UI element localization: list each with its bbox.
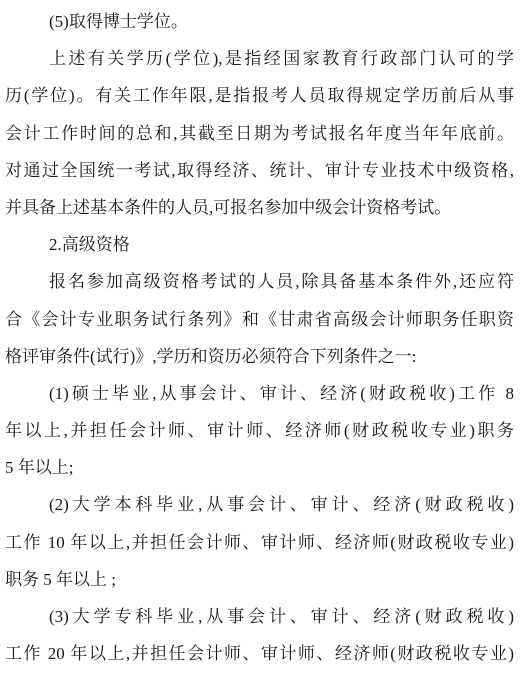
text-line: 工作 10 年以上,并担任会计师、审计师、经济师(财政税收专业) [5, 524, 514, 561]
text-line: 工作 20 年以上,并担任会计师、审计师、经济师(财政税收专业) [5, 635, 514, 672]
text-line: 2.高级资格 [5, 226, 514, 263]
text-line: 格评审条件(试行)》,学历和资历必须符合下列条件之一: [5, 338, 514, 375]
text-line: 5 年以上; [5, 449, 514, 486]
text-line: 会计工作时间的总和,其截至日期为考试报名年度当年年底前。 [5, 115, 514, 152]
text-line: 年以上,并担任会计师、审计师、经济师(财政税收专业)职务 [5, 412, 514, 449]
text-line: (2)大学本科毕业,从事会计、审计、经济(财政税收) [5, 486, 514, 523]
text-line: 报名参加高级资格考试的人员,除具备基本条件外,还应符 [5, 263, 514, 300]
text-line: (5)取得博士学位。 [5, 3, 514, 40]
text-line: (1)硕士毕业,从事会计、审计、经济(财政税收)工作 8 [5, 375, 514, 412]
text-line: 历(学位)。有关工作年限,是指报考人员取得规定学历前后从事 [5, 77, 514, 114]
text-line: 并具备上述基本条件的人员,可报名参加中级会计资格考试。 [5, 189, 514, 226]
text-line: 合《会计专业职务试行条列》和《甘肃省高级会计师职务任职资 [5, 301, 514, 338]
text-line: 上述有关学历(学位),是指经国家教育行政部门认可的学 [5, 40, 514, 77]
document-page: (5)取得博士学位。 上述有关学历(学位),是指经国家教育行政部门认可的学 历(… [0, 0, 520, 678]
text-line: (3)大学专科毕业,从事会计、审计、经济(财政税收) [5, 598, 514, 635]
text-line: 对通过全国统一考试,取得经济、统计、审计专业技术中级资格, [5, 152, 514, 189]
text-line: 职务 5 年以上 ; [5, 561, 514, 598]
